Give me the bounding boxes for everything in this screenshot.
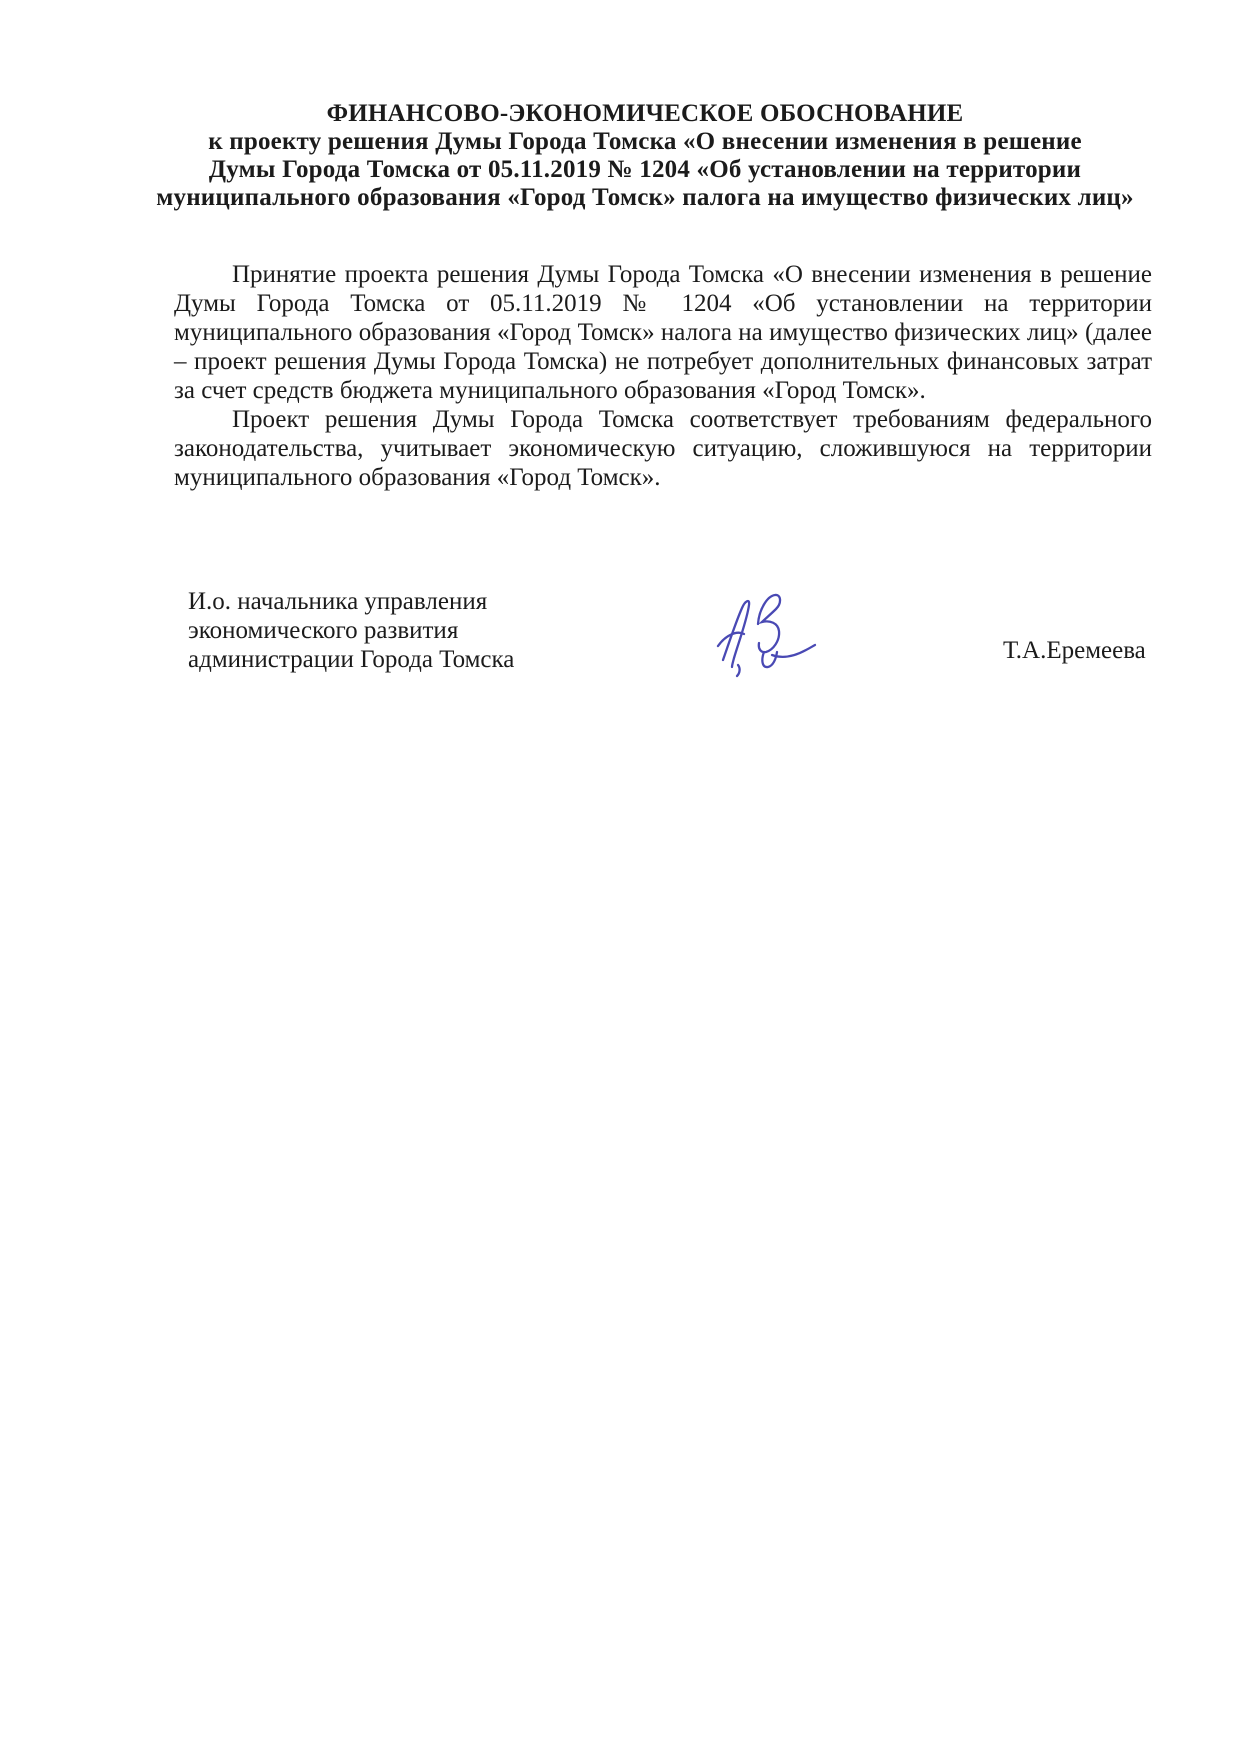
- handwritten-signature-icon: [706, 584, 824, 680]
- paragraph-1-line-3: муниципального образования «Город Томск»…: [174, 318, 1152, 347]
- paragraph-2: Проект решения Думы Города Томска соотве…: [174, 405, 1152, 492]
- paragraph-1-line-5: за счет средств бюджета муниципального о…: [174, 376, 1152, 405]
- paragraph-1-line-1: Принятие проекта решения Думы Города Том…: [174, 260, 1152, 289]
- paragraph-2-line-3: муниципального образования «Город Томск»…: [174, 463, 1152, 492]
- document-title: ФИНАНСОВО-ЭКОНОМИЧЕСКОЕ ОБОСНОВАНИЕ: [150, 100, 1140, 128]
- signer-name: Т.А.Еремеева: [1003, 637, 1146, 665]
- signoff-position-line-2: экономического развития: [188, 616, 514, 645]
- document-subtitle-line-2: Думы Города Томска от 05.11.2019 № 1204 …: [150, 156, 1140, 184]
- signoff-position-line-3: администрации Города Томска: [188, 645, 514, 674]
- paragraph-1-line-4: – проект решения Думы Города Томска) не …: [174, 347, 1152, 376]
- signature-ink: [706, 584, 824, 680]
- document-body: Принятие проекта решения Думы Города Том…: [174, 260, 1152, 492]
- paragraph-1: Принятие проекта решения Думы Города Том…: [174, 260, 1152, 405]
- document-page: ФИНАНСОВО-ЭКОНОМИЧЕСКОЕ ОБОСНОВАНИЕ к пр…: [0, 0, 1240, 1753]
- document-subtitle-line-3: муниципального образования «Город Томск»…: [150, 184, 1140, 212]
- paragraph-2-line-1: Проект решения Думы Города Томска соотве…: [174, 405, 1152, 434]
- document-header: ФИНАНСОВО-ЭКОНОМИЧЕСКОЕ ОБОСНОВАНИЕ к пр…: [150, 100, 1140, 212]
- paragraph-2-line-2: законодательства, учитывает экономическу…: [174, 434, 1152, 463]
- document-subtitle-line-1: к проекту решения Думы Города Томска «О …: [150, 128, 1140, 156]
- paragraph-1-line-2: Думы Города Томска от 05.11.2019 № 1204 …: [174, 289, 1152, 318]
- signoff-position-line-1: И.о. начальника управления: [188, 587, 514, 616]
- signoff-position: И.о. начальника управления экономическог…: [188, 587, 514, 674]
